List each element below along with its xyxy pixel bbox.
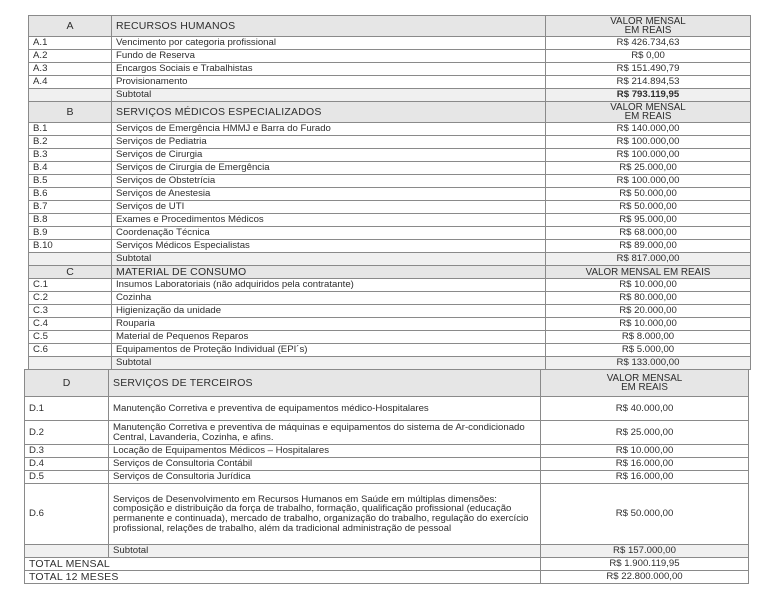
item-code: B.6 [29, 188, 112, 201]
item-value: R$ 10.000,00 [541, 445, 749, 458]
table-row: D.2Manutenção Corretiva e preventiva de … [25, 421, 749, 445]
section-code: A [29, 16, 112, 37]
item-description: Coordenação Técnica [112, 227, 546, 240]
table-row: B.7Serviços de UTIR$ 50.000,00 [29, 201, 751, 214]
item-description: Serviços de Consultoria Jurídica [109, 471, 541, 484]
section-header-row: BSERVIÇOS MÉDICOS ESPECIALIZADOSVALOR ME… [29, 102, 751, 123]
total-value: R$ 1.900.119,95 [541, 558, 749, 571]
item-value: R$ 20.000,00 [546, 305, 751, 318]
value-header: VALOR MENSALEM REAIS [541, 370, 749, 397]
subtotal-row: SubtotalR$ 817.000,00 [29, 253, 751, 266]
value-header-line: EM REAIS [550, 26, 746, 35]
item-description: Equipamentos de Proteção Individual (EPI… [112, 344, 546, 357]
item-value: R$ 25.000,00 [546, 162, 751, 175]
table-row: D.6Serviços de Desenvolvimento em Recurs… [25, 484, 749, 545]
table-row: C.5Material de Pequenos ReparosR$ 8.000,… [29, 331, 751, 344]
item-description: Exames e Procedimentos Médicos [112, 214, 546, 227]
item-code: B.5 [29, 175, 112, 188]
item-description: Serviços de UTI [112, 201, 546, 214]
item-description: Serviços de Cirurgia de Emergência [112, 162, 546, 175]
item-description: Higienização da unidade [112, 305, 546, 318]
value-header: VALOR MENSAL EM REAIS [546, 266, 751, 279]
section-code: C [29, 266, 112, 279]
subtotal-label: Subtotal [109, 545, 541, 558]
item-description: Serviços de Emergência HMMJ e Barra do F… [112, 123, 546, 136]
item-code: C.5 [29, 331, 112, 344]
item-description: Provisionamento [112, 76, 546, 89]
table-row: C.4RoupariaR$ 10.000,00 [29, 318, 751, 331]
table-row: B.10Serviços Médicos EspecialistasR$ 89.… [29, 240, 751, 253]
table-row: B.4Serviços de Cirurgia de EmergênciaR$ … [29, 162, 751, 175]
item-value: R$ 16.000,00 [541, 471, 749, 484]
item-description: Serviços de Cirurgia [112, 149, 546, 162]
subtotal-code-empty [25, 545, 109, 558]
section-header-row: CMATERIAL DE CONSUMOVALOR MENSAL EM REAI… [29, 266, 751, 279]
item-value: R$ 214.894,53 [546, 76, 751, 89]
section-title: SERVIÇOS MÉDICOS ESPECIALIZADOS [112, 102, 546, 123]
value-header-line: EM REAIS [550, 112, 746, 121]
total-value: R$ 22.800.000,00 [541, 571, 749, 584]
item-description: Manutenção Corretiva e preventiva de máq… [109, 421, 541, 445]
item-description: Insumos Laboratoriais (não adquiridos pe… [112, 279, 546, 292]
item-code: B.8 [29, 214, 112, 227]
item-description: Serviços de Obstetrícia [112, 175, 546, 188]
subtotal-value: R$ 817.000,00 [546, 253, 751, 266]
item-description: Material de Pequenos Reparos [112, 331, 546, 344]
table-row: C.3Higienização da unidadeR$ 20.000,00 [29, 305, 751, 318]
item-code: A.2 [29, 50, 112, 63]
total-row: TOTAL MENSALR$ 1.900.119,95 [25, 558, 749, 571]
table-row: B.9Coordenação TécnicaR$ 68.000,00 [29, 227, 751, 240]
table-row: A.4ProvisionamentoR$ 214.894,53 [29, 76, 751, 89]
total-label: TOTAL 12 MESES [25, 571, 541, 584]
item-code: A.1 [29, 37, 112, 50]
item-value: R$ 100.000,00 [546, 136, 751, 149]
item-value: R$ 50.000,00 [546, 201, 751, 214]
table-row: B.3Serviços de CirurgiaR$ 100.000,00 [29, 149, 751, 162]
budget-table-d: DSERVIÇOS DE TERCEIROSVALOR MENSALEM REA… [24, 369, 749, 584]
item-description: Serviços Médicos Especialistas [112, 240, 546, 253]
item-code: C.1 [29, 279, 112, 292]
item-description: Serviços de Consultoria Contábil [109, 458, 541, 471]
item-code: B.2 [29, 136, 112, 149]
value-header: VALOR MENSALEM REAIS [546, 16, 751, 37]
section-code: B [29, 102, 112, 123]
section-header-row: ARECURSOS HUMANOSVALOR MENSALEM REAIS [29, 16, 751, 37]
item-value: R$ 100.000,00 [546, 149, 751, 162]
table-row: C.2CozinhaR$ 80.000,00 [29, 292, 751, 305]
item-code: C.4 [29, 318, 112, 331]
item-value: R$ 89.000,00 [546, 240, 751, 253]
subtotal-code-empty [29, 357, 112, 370]
table-row: D.4Serviços de Consultoria ContábilR$ 16… [25, 458, 749, 471]
total-row: TOTAL 12 MESESR$ 22.800.000,00 [25, 571, 749, 584]
item-code: B.9 [29, 227, 112, 240]
item-value: R$ 5.000,00 [546, 344, 751, 357]
item-value: R$ 50.000,00 [541, 484, 749, 545]
item-description: Rouparia [112, 318, 546, 331]
subtotal-row: SubtotalR$ 157.000,00 [25, 545, 749, 558]
item-value: R$ 100.000,00 [546, 175, 751, 188]
table-row: D.3Locação de Equipamentos Médicos – Hos… [25, 445, 749, 458]
item-value: R$ 95.000,00 [546, 214, 751, 227]
table-row: B.5Serviços de ObstetríciaR$ 100.000,00 [29, 175, 751, 188]
item-value: R$ 10.000,00 [546, 279, 751, 292]
subtotal-label: Subtotal [112, 357, 546, 370]
item-code: D.6 [25, 484, 109, 545]
subtotal-row: SubtotalR$ 793.119,95 [29, 89, 751, 102]
table-row: B.2Serviços de PediatriaR$ 100.000,00 [29, 136, 751, 149]
subtotal-label: Subtotal [112, 89, 546, 102]
table-row: B.1Serviços de Emergência HMMJ e Barra d… [29, 123, 751, 136]
value-header-line: VALOR MENSAL EM REAIS [550, 268, 746, 277]
item-value: R$ 10.000,00 [546, 318, 751, 331]
item-value: R$ 0,00 [546, 50, 751, 63]
item-description: Cozinha [112, 292, 546, 305]
table-row: D.1Manutenção Corretiva e preventiva de … [25, 397, 749, 421]
item-description: Fundo de Reserva [112, 50, 546, 63]
subtotal-label: Subtotal [112, 253, 546, 266]
item-code: C.3 [29, 305, 112, 318]
item-description: Serviços de Desenvolvimento em Recursos … [109, 484, 541, 545]
table-row: B.8Exames e Procedimentos MédicosR$ 95.0… [29, 214, 751, 227]
table-row: C.1Insumos Laboratoriais (não adquiridos… [29, 279, 751, 292]
item-description: Locação de Equipamentos Médicos – Hospit… [109, 445, 541, 458]
item-value: R$ 16.000,00 [541, 458, 749, 471]
budget-table-abc: ARECURSOS HUMANOSVALOR MENSALEM REAISA.1… [28, 15, 751, 370]
table-row: A.3Encargos Sociais e TrabalhistasR$ 151… [29, 63, 751, 76]
subtotal-value: R$ 157.000,00 [541, 545, 749, 558]
item-code: D.2 [25, 421, 109, 445]
item-code: B.3 [29, 149, 112, 162]
item-code: D.5 [25, 471, 109, 484]
item-code: D.3 [25, 445, 109, 458]
item-value: R$ 40.000,00 [541, 397, 749, 421]
item-code: A.4 [29, 76, 112, 89]
subtotal-code-empty [29, 253, 112, 266]
item-code: B.7 [29, 201, 112, 214]
section-header-row: DSERVIÇOS DE TERCEIROSVALOR MENSALEM REA… [25, 370, 749, 397]
item-value: R$ 426.734,63 [546, 37, 751, 50]
subtotal-row: SubtotalR$ 133.000,00 [29, 357, 751, 370]
item-code: A.3 [29, 63, 112, 76]
table-row: A.2Fundo de ReservaR$ 0,00 [29, 50, 751, 63]
subtotal-value: R$ 793.119,95 [546, 89, 751, 102]
item-value: R$ 140.000,00 [546, 123, 751, 136]
subtotal-value: R$ 133.000,00 [546, 357, 751, 370]
item-description: Encargos Sociais e Trabalhistas [112, 63, 546, 76]
item-code: C.6 [29, 344, 112, 357]
table-row: C.6Equipamentos de Proteção Individual (… [29, 344, 751, 357]
item-value: R$ 50.000,00 [546, 188, 751, 201]
item-value: R$ 151.490,79 [546, 63, 751, 76]
value-header: VALOR MENSALEM REAIS [546, 102, 751, 123]
item-description: Manutenção Corretiva e preventiva de equ… [109, 397, 541, 421]
item-code: B.10 [29, 240, 112, 253]
item-code: B.4 [29, 162, 112, 175]
total-label: TOTAL MENSAL [25, 558, 541, 571]
item-value: R$ 8.000,00 [546, 331, 751, 344]
table-row: D.5Serviços de Consultoria JurídicaR$ 16… [25, 471, 749, 484]
section-title: RECURSOS HUMANOS [112, 16, 546, 37]
item-description: Serviços de Pediatria [112, 136, 546, 149]
table-row: A.1Vencimento por categoria profissional… [29, 37, 751, 50]
table-row: B.6Serviços de AnestesiaR$ 50.000,00 [29, 188, 751, 201]
item-value: R$ 80.000,00 [546, 292, 751, 305]
section-title: SERVIÇOS DE TERCEIROS [109, 370, 541, 397]
subtotal-code-empty [29, 89, 112, 102]
item-description: Serviços de Anestesia [112, 188, 546, 201]
item-code: D.1 [25, 397, 109, 421]
value-header-line: EM REAIS [545, 383, 744, 392]
section-title: MATERIAL DE CONSUMO [112, 266, 546, 279]
section-code: D [25, 370, 109, 397]
item-code: D.4 [25, 458, 109, 471]
item-code: B.1 [29, 123, 112, 136]
item-description: Vencimento por categoria profissional [112, 37, 546, 50]
item-value: R$ 25.000,00 [541, 421, 749, 445]
item-code: C.2 [29, 292, 112, 305]
item-value: R$ 68.000,00 [546, 227, 751, 240]
